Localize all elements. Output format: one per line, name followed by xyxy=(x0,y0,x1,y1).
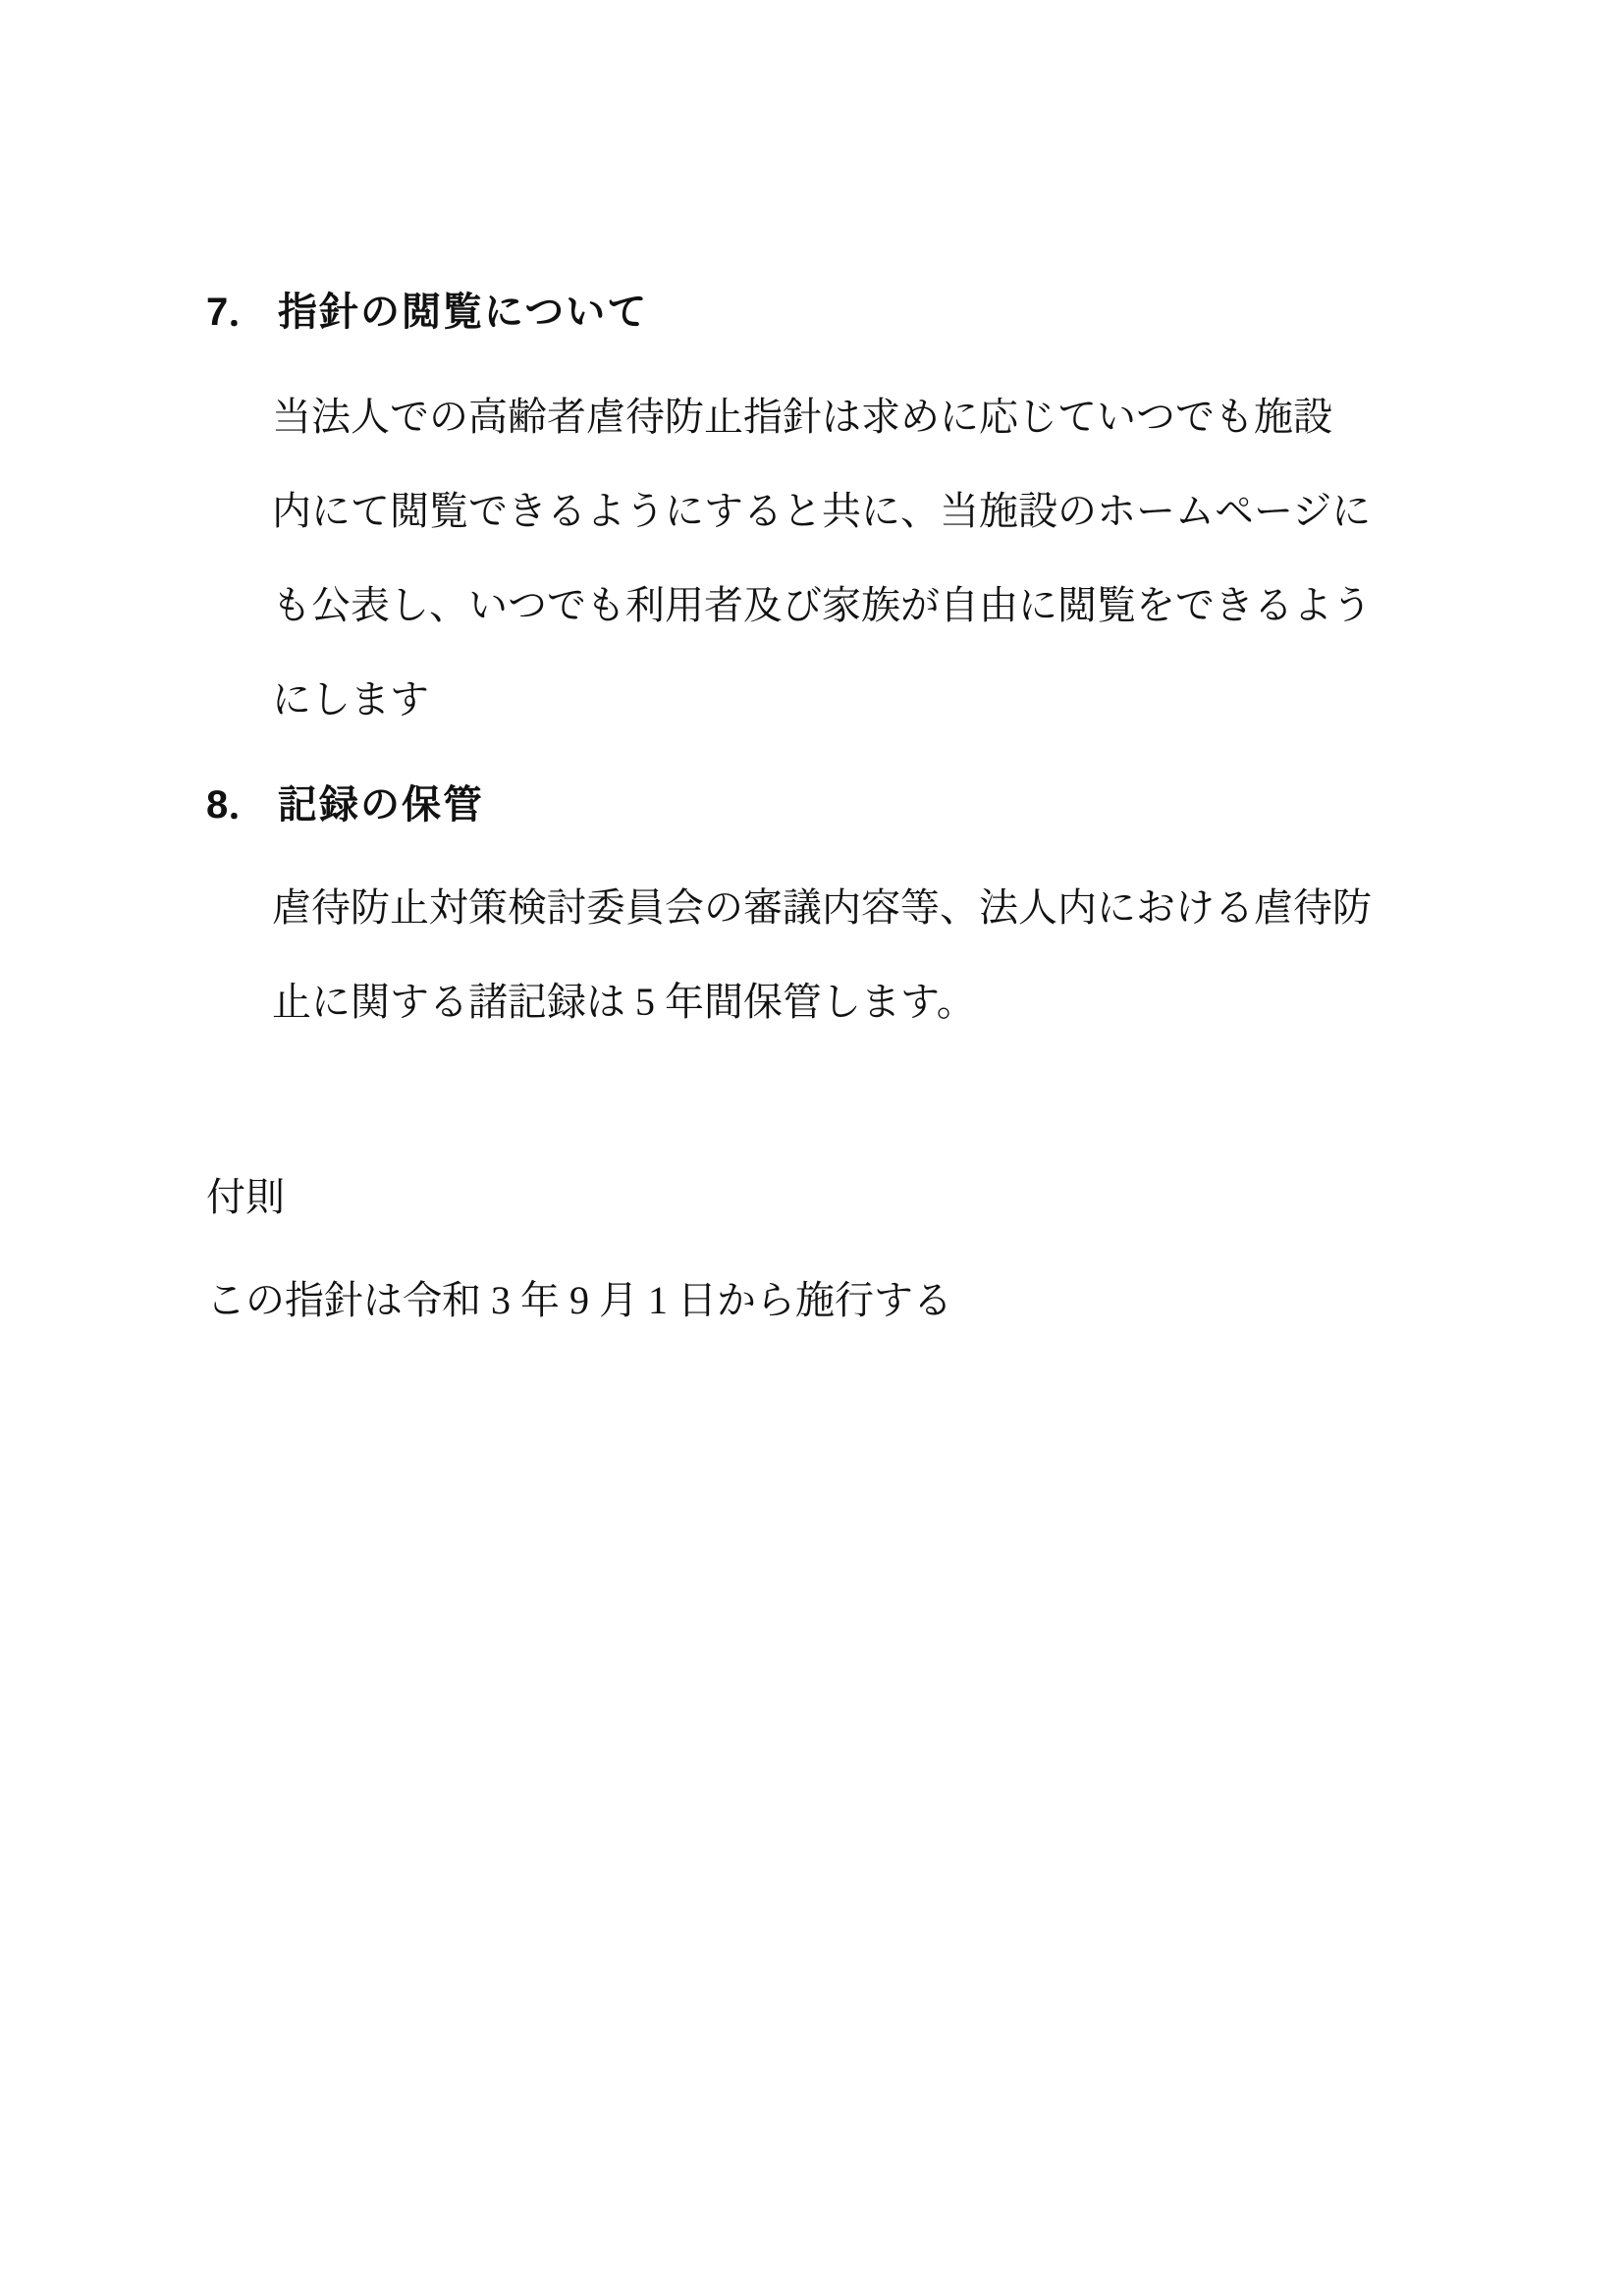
appendix-effective-date: この指針は令和 3 年 9 月 1 日から施行する xyxy=(206,1254,1467,1348)
section-7-body-line: 当法人での高齢者虐待防止指針は求めに応じていつでも施設 xyxy=(272,370,1342,464)
section-7-body-line: にします xyxy=(272,653,1342,747)
section-8-title: 記録の保管 xyxy=(278,783,484,827)
section-7-body-line: 内にて閲覧できるようにすると共に、当施設のホームページに xyxy=(272,464,1342,559)
section-8-number: 8． xyxy=(206,758,278,852)
section-8-body: 虐待防止対策検討委員会の審議内容等、法人内における虐待防 止に関する諸記録は 5… xyxy=(272,861,1342,1049)
section-7-number: 7． xyxy=(206,265,278,359)
section-7-heading: 7．指針の閲覧について xyxy=(206,265,1467,359)
section-7-body: 当法人での高齢者虐待防止指針は求めに応じていつでも施設 内にて閲覧できるようにす… xyxy=(272,370,1342,747)
section-7-title: 指針の閲覧について xyxy=(278,291,648,334)
section-8-heading: 8．記録の保管 xyxy=(206,758,1467,852)
appendix-label: 付則 xyxy=(206,1150,1467,1245)
section-8-body-line: 虐待防止対策検討委員会の審議内容等、法人内における虐待防 xyxy=(272,861,1342,955)
section-8-body-line: 止に関する諸記録は 5 年間保管します。 xyxy=(272,955,1342,1049)
section-7-body-line: も公表し、いつでも利用者及び家族が自由に閲覧をできるよう xyxy=(272,559,1342,653)
document-page: 7．指針の閲覧について 当法人での高齢者虐待防止指針は求めに応じていつでも施設 … xyxy=(0,0,1624,2296)
